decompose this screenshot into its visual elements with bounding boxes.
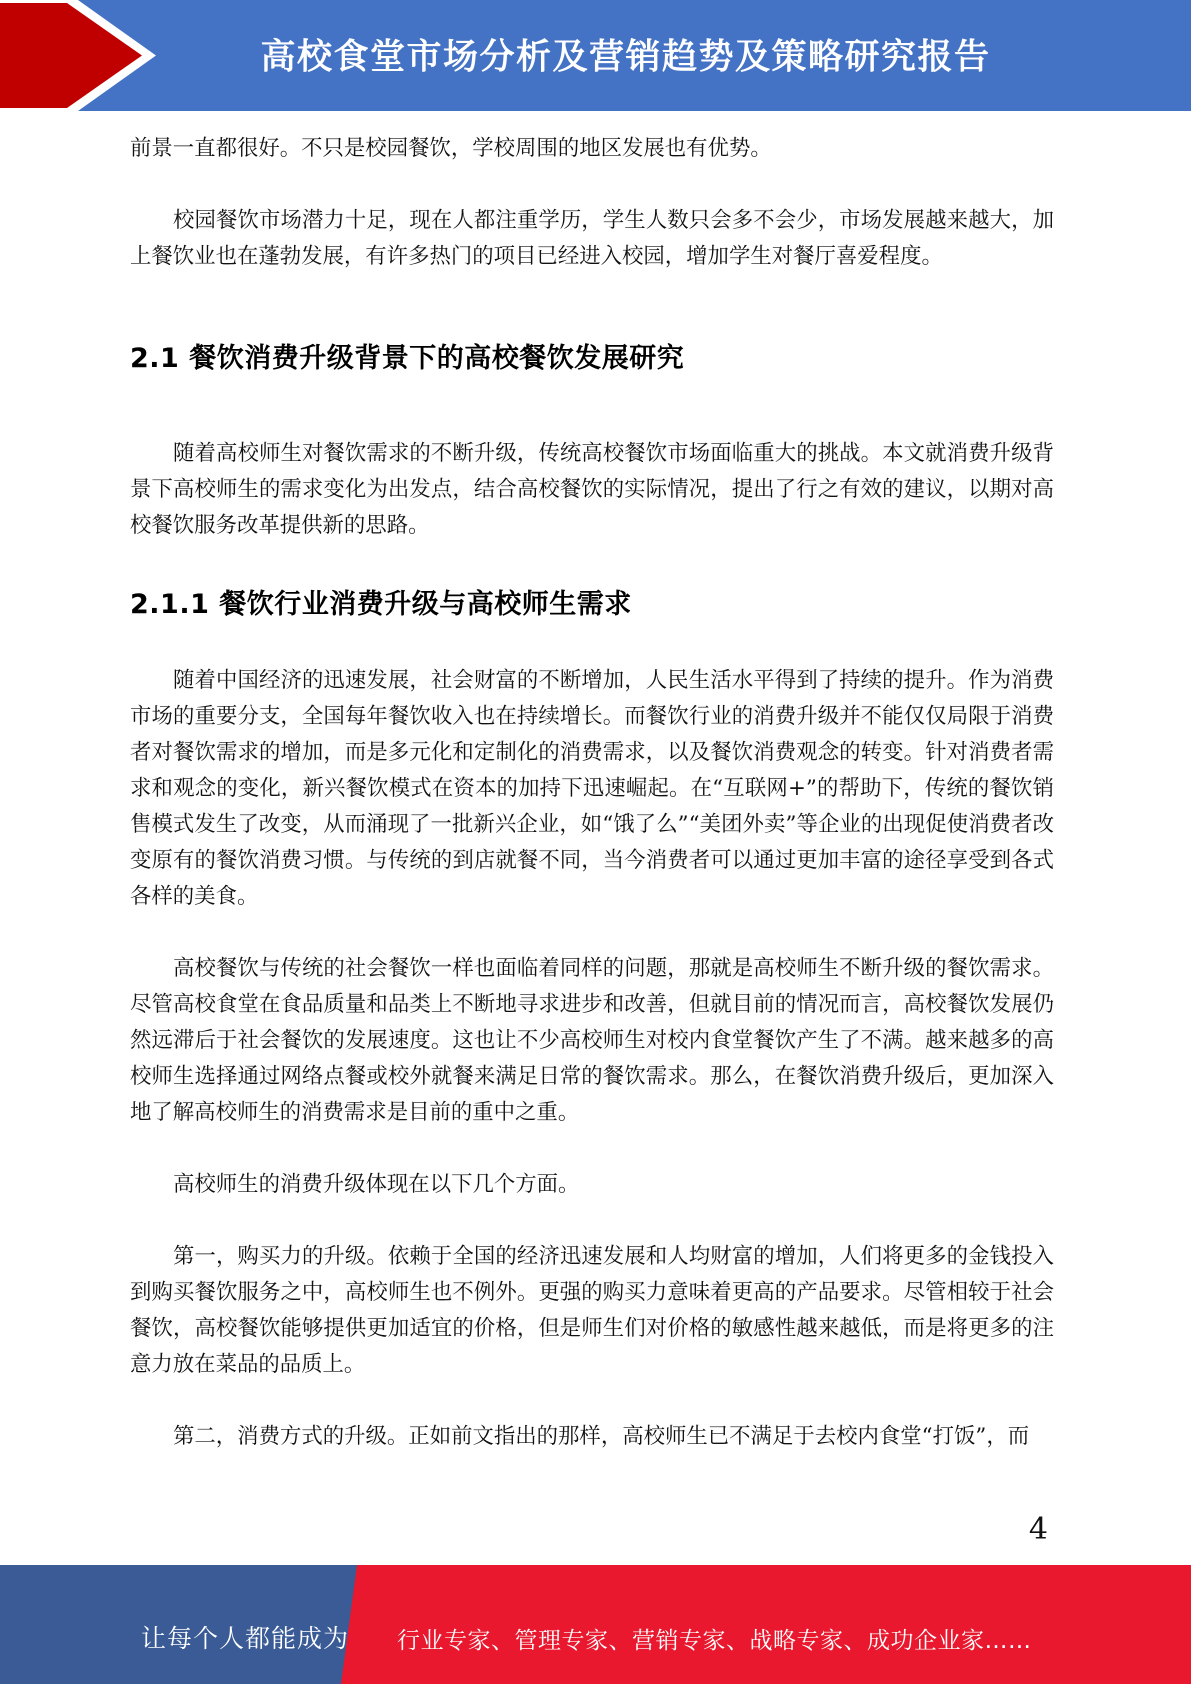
body-paragraph-aspects: 高校师生的消费升级体现在以下几个方面。: [130, 1167, 1054, 1203]
report-title: 高校食堂市场分析及营销趋势及策略研究报告: [120, 29, 1131, 79]
document-body: 前景一直都很好。不只是校园餐饮，学校周围的地区发展也有优势。 校园餐饮市场潜力十…: [130, 131, 1054, 1491]
section-heading-2-1: 2.1 餐饮消费升级背景下的高校餐饮发展研究: [130, 337, 1054, 381]
footer-banner: 让每个人都能成为 行业专家、管理专家、营销专家、战略专家、成功企业家……: [0, 1565, 1191, 1684]
body-paragraph-economy: 随着中国经济的迅速发展，社会财富的不断增加，人民生活水平得到了持续的提升。作为消…: [130, 663, 1054, 915]
body-paragraph-campus-market: 校园餐饮市场潜力十足，现在人都注重学历，学生人数只会多不会少，市场发展越来越大，…: [130, 203, 1054, 275]
footer-slogan-left: 让每个人都能成为: [141, 1619, 349, 1655]
body-paragraph-campus-issue: 高校餐饮与传统的社会餐饮一样也面临着同样的问题，那就是高校师生不断升级的餐饮需求…: [130, 951, 1054, 1131]
header-banner: 高校食堂市场分析及营销趋势及策略研究报告: [0, 0, 1191, 111]
body-paragraph-continuation: 前景一直都很好。不只是校园餐饮，学校周围的地区发展也有优势。: [130, 131, 1054, 167]
section-heading-2-1-1: 2.1.1 餐饮行业消费升级与高校师生需求: [130, 583, 1054, 627]
body-paragraph-second-point: 第二，消费方式的升级。正如前文指出的那样，高校师生已不满足于去校内食堂“打饭”，…: [130, 1419, 1054, 1455]
footer-slogan-right: 行业专家、管理专家、营销专家、战略专家、成功企业家……: [397, 1622, 1032, 1655]
report-page: 高校食堂市场分析及营销趋势及策略研究报告 前景一直都很好。不只是校园餐饮，学校周…: [0, 0, 1191, 1684]
body-paragraph-first-point: 第一，购买力的升级。依赖于全国的经济迅速发展和人均财富的增加，人们将更多的金钱投…: [130, 1239, 1054, 1383]
body-paragraph-section-intro: 随着高校师生对餐饮需求的不断升级，传统高校餐饮市场面临重大的挑战。本文就消费升级…: [130, 436, 1054, 544]
page-number: 4: [1029, 1508, 1048, 1552]
